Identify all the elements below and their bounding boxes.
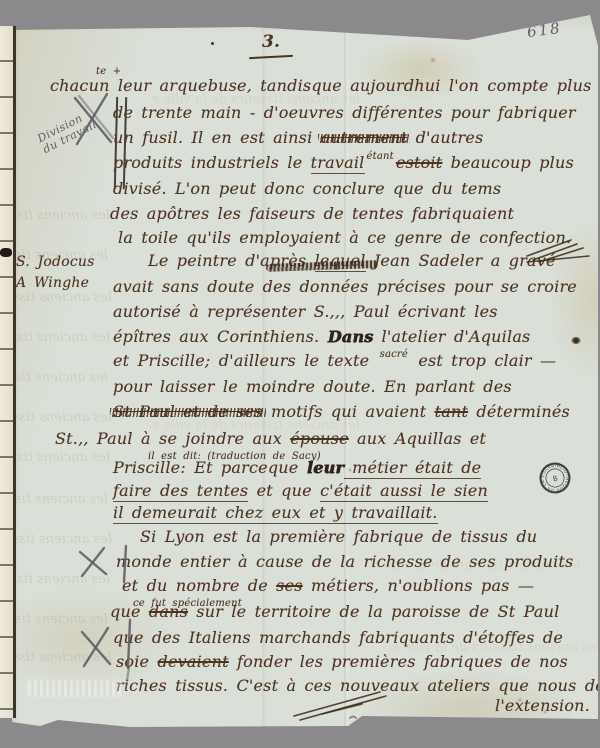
manuscript-line: divisé. L'on peut donc conclure que du t… [113,179,501,199]
pencil-x-mark [74,544,132,584]
manuscript-line: Si Lyon est la première fabrique de tiss… [140,527,537,547]
manuscript-line: la toile qu'ils employaient à ce genre d… [118,228,571,248]
page-number: 3. [262,32,280,52]
text-segment: fonder les premières fabriques de nos [229,652,568,671]
text-segment: que des Italiens marchands fabriquants d… [113,628,563,647]
text-segment: chacun leur arquebuse, tandisque aujourd… [50,76,591,95]
ink-flourish [525,236,591,264]
text-segment: d'autres [407,128,483,147]
bleed-through-line: les anciens tisseurs de la ville et leur… [6,410,112,425]
text-segment: un fusil. Il en est ainsi [113,128,321,147]
text-segment-s: devaient [158,652,229,671]
pencil-x-mark [74,620,138,680]
text-segment-s: épouse [290,429,349,448]
manuscript-line: St Paul et de ses motifs qui avaient tan… [113,402,570,422]
text-segment-s: ses [276,576,303,595]
text-segment-s: estoit [396,153,443,172]
text-segment: et du nombre de [122,576,276,595]
manuscript-line: que des Italiens marchands fabriquants d… [113,628,563,648]
library-stamp: BIBLIOTHÈQUE DE LA VILLE 8 [535,458,575,498]
manuscript-scan: 618 3. les anciens tisseurs de la ville … [0,0,600,748]
text-segment: beaucoup plus [442,153,574,172]
text-segment: Si Lyon est la première fabrique de tiss… [140,527,537,546]
margin-note-line: S. Jodocus [16,252,94,273]
text-segment-s: dans [149,602,188,621]
text-segment: monde entier à cause de la richesse de s… [116,552,573,571]
text-segment: de trente main - d'oeuvres différentes p… [113,103,576,122]
manuscript-line: St.,, Paul à se joindre aux épouse aux A… [55,429,486,449]
text-segment-u: faire des tentes [113,481,248,502]
text-segment-h: leur [307,458,344,477]
manuscript-line: Priscille: Et parceque leur métier était… [113,458,481,478]
embossed-stamp [28,681,124,696]
text-segment: et que [248,481,320,500]
text-segment: des apôtres les faiseurs de tentes fabri… [110,204,514,223]
stamp-center-text: 8 [552,474,560,484]
manuscript-line: autorisé à représenter S.,,, Paul écriva… [113,302,498,322]
folio-number: 618 [526,19,563,41]
bleed-through-line: les anciens tisseurs de la ville et leur… [4,208,110,223]
manuscript-line: épîtres aux Corinthiens. Dans l'atelier … [113,327,530,347]
manuscript-line: avait sans doute des données précises po… [113,277,577,297]
manuscript-line: il demeurait chez eux et y travaillait. [113,503,438,523]
manuscript-line: et Priscille; d'ailleurs le texte sacré … [113,351,556,374]
manuscript-line: faire des tentes et que c'était aussi le… [113,481,488,501]
text-segment-sc: autrement [321,128,408,147]
text-segment: autorisé à représenter S.,,, Paul écriva… [113,302,498,321]
text-segment: motifs qui avaient [263,402,435,421]
text-segment: que [110,602,149,621]
manuscript-line: produits industriels le travailétantesto… [113,153,574,176]
manuscript-line: soie devaient fonder les premières fabri… [116,652,568,672]
ink-blot [0,248,12,257]
text-segment-s: tant [435,402,469,421]
text-segment: divisé. L'on peut donc conclure que du t… [113,179,501,198]
text-segment-i: sacré [380,349,408,360]
manuscript-line: et du nombre de ses métiers, n'oublions … [122,576,534,596]
margin-note-jodocus-a-winghe: S. Jodocus A Winghe [16,252,94,294]
manuscript-page: 618 3. les anciens tisseurs de la ville … [0,0,600,748]
text-segment-sc: St Paul et de ses [113,402,263,421]
text-segment: l'extension. [495,696,590,715]
text-segment-u: métier était de [344,458,481,479]
adjacent-page-edge [0,26,16,718]
margin-note-line: A Winghe [16,273,94,294]
text-segment: l'atelier d'Aquilas [373,327,530,346]
text-segment: la toile qu'ils employaient à ce genre d… [118,228,571,247]
ink-blot [571,337,581,344]
text-segment: pour laisser le moindre doute. En parlan… [113,377,512,396]
page-number-underline [249,55,293,59]
text-segment: Priscille: Et parceque [113,458,307,477]
bleed-through-line: les anciens tisseurs de la ville et leur… [4,450,110,465]
manuscript-line: monde entier à cause de la richesse de s… [116,552,573,572]
text-segment: épîtres aux Corinthiens. [113,327,328,346]
text-segment: déterminés [468,402,570,421]
manuscript-line: des apôtres les faiseurs de tentes fabri… [110,204,514,224]
ink-flourish [292,684,396,722]
text-segment: avait sans doute des données précises po… [113,277,577,296]
text-segment: St.,, Paul à se joindre aux [55,429,290,448]
bleed-through-line: les anciens tisseurs de la ville et leur… [2,370,108,385]
pencil-x-mark [70,92,116,146]
ink-dot [211,42,214,45]
manuscript-line: l'extension. [495,696,590,716]
text-segment: et Priscille; d'ailleurs le texte [113,351,378,370]
text-segment: aux Aquillas et [349,429,486,448]
text-segment-i: étant [367,151,394,162]
manuscript-line: chacun leur arquebuse, tandisque aujourd… [50,76,591,96]
manuscript-line: que dans sur le territoire de la paroiss… [110,602,560,622]
text-segment-u: il demeurait chez eux et y travaillait. [113,503,438,524]
text-segment-u: c'était aussi le sien [320,481,488,502]
manuscript-line: pour laisser le moindre doute. En parlan… [113,377,512,397]
text-segment-u: travail [311,153,365,174]
text-segment: métiers, n'oublions pas — [303,576,534,595]
text-segment: produits industriels le [113,153,311,172]
text-segment: est trop clair — [410,351,556,370]
bleed-through-line: les anciens tisseurs de la ville et leur… [4,330,110,345]
bleed-through-line: les anciens tisseurs de la ville et leur… [2,492,108,507]
manuscript-line: de trente main - d'oeuvres différentes p… [113,103,576,123]
manuscript-line: un fusil. Il en est ainsi autrement d'au… [113,128,483,148]
text-segment: sur le territoire de la paroisse de St P… [188,602,559,621]
text-segment-h: Dans [328,327,374,346]
